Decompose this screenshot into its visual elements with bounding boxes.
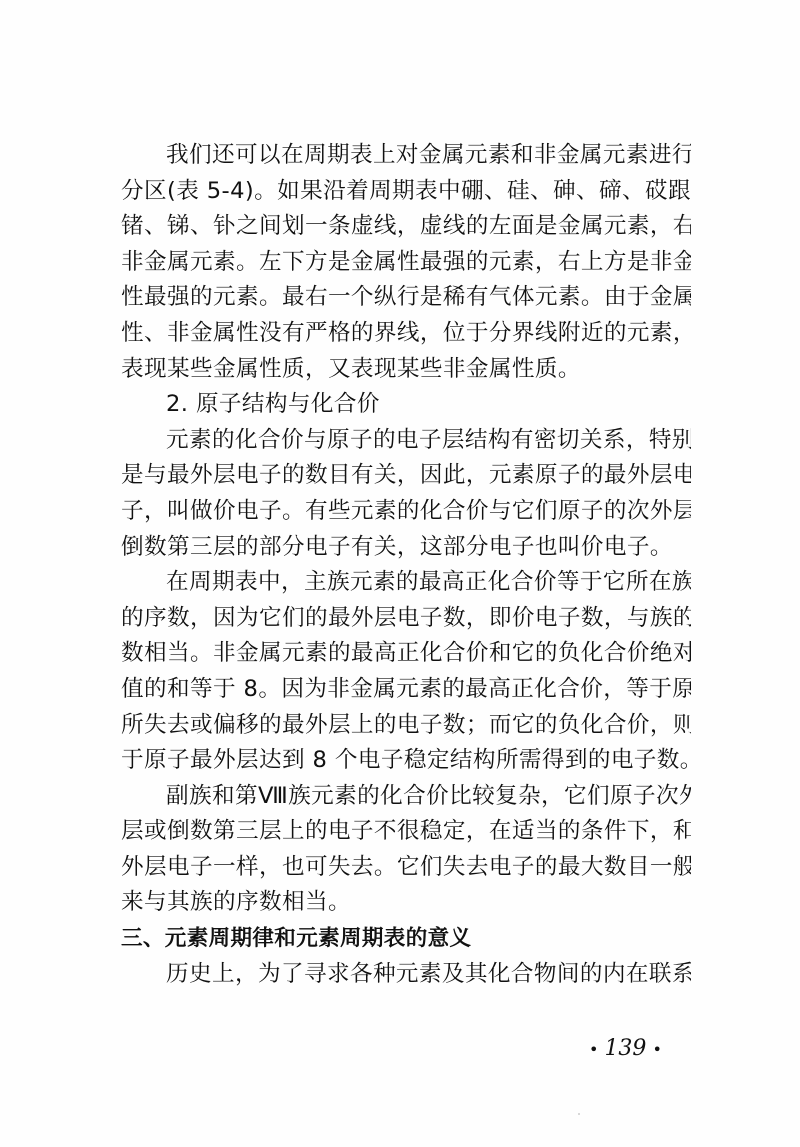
text-line: 非金属元素。左下方是金属性最强的元素，右上方是非金属 — [121, 245, 691, 281]
text-line: 数相当。非金属元素的最高正化合价和它的负化合价绝对 — [121, 636, 691, 672]
page-number-dot-right: • — [646, 1040, 667, 1059]
text-line: 倒数第三层的部分电子有关，这部分电子也叫价电子。 — [121, 530, 691, 566]
text-line: 来与其族的序数相当。 — [121, 885, 691, 921]
text-line: 的序数，因为它们的最外层电子数，即价电子数，与族的序 — [121, 601, 691, 637]
page-number-value: 139 — [604, 1036, 646, 1061]
text-line: 性、非金属性没有严格的界线，位于分界线附近的元素，既 — [121, 316, 691, 352]
text-line: 层或倒数第三层上的电子不很稳定，在适当的条件下，和最 — [121, 814, 691, 850]
text-line: 于原子最外层达到 8 个电子稳定结构所需得到的电子数。 — [121, 743, 691, 779]
text-line: 表现某些金属性质，又表现某些非金属性质。 — [121, 352, 691, 388]
text-line: 值的和等于 8。因为非金属元素的最高正化合价，等于原子 — [121, 672, 691, 708]
section-subheading: 2. 原子结构与化合价 — [121, 387, 691, 423]
text-line: 子，叫做价电子。有些元素的化合价与它们原子的次外层或 — [121, 494, 691, 530]
paragraph-history: 历史上，为了寻求各种元素及其化合物间的内在联系 — [121, 957, 691, 993]
text-line: 副族和第Ⅷ族元素的化合价比较复杂，它们原子次外 — [121, 779, 691, 815]
paragraph-subgroup-valence: 副族和第Ⅷ族元素的化合价比较复杂，它们原子次外 层或倒数第三层上的电子不很稳定，… — [121, 779, 691, 921]
text-line: 所失去或偏移的最外层上的电子数；而它的负化合价，则等 — [121, 708, 691, 744]
text-line: 元素的化合价与原子的电子层结构有密切关系，特别 — [121, 423, 691, 459]
text-line: 在周期表中，主族元素的最高正化合价等于它所在族 — [121, 565, 691, 601]
text-line: 分区(表 5-4)。如果沿着周期表中硼、硅、砷、碲、砹跟铝、 — [121, 174, 691, 210]
text-line: 锗、锑、钋之间划一条虚线，虚线的左面是金属元素，右面是 — [121, 209, 691, 245]
section-heading: 三、元素周期律和元素周期表的意义 — [121, 921, 691, 957]
text-line: 我们还可以在周期表上对金属元素和非金属元素进行 — [121, 138, 691, 174]
text-line: 性最强的元素。最右一个纵行是稀有气体元素。由于金属 — [121, 280, 691, 316]
page-number: •139• — [583, 1036, 668, 1061]
text-line: 外层电子一样，也可失去。它们失去电子的最大数目一般说 — [121, 850, 691, 886]
paragraph-main-group-valence: 在周期表中，主族元素的最高正化合价等于它所在族 的序数，因为它们的最外层电子数，… — [121, 565, 691, 779]
page-number-dot-left: • — [583, 1040, 604, 1059]
text-line: 是与最外层电子的数目有关，因此，元素原子的最外层电 — [121, 458, 691, 494]
scan-speck — [578, 1113, 580, 1115]
paragraph-metal-nonmetal-zones: 我们还可以在周期表上对金属元素和非金属元素进行 分区(表 5-4)。如果沿着周期… — [121, 138, 691, 387]
text-line: 历史上，为了寻求各种元素及其化合物间的内在联系 — [121, 957, 691, 993]
paragraph-valence-electrons: 元素的化合价与原子的电子层结构有密切关系，特别 是与最外层电子的数目有关，因此，… — [121, 423, 691, 565]
document-page: 我们还可以在周期表上对金属元素和非金属元素进行 分区(表 5-4)。如果沿着周期… — [121, 138, 691, 992]
